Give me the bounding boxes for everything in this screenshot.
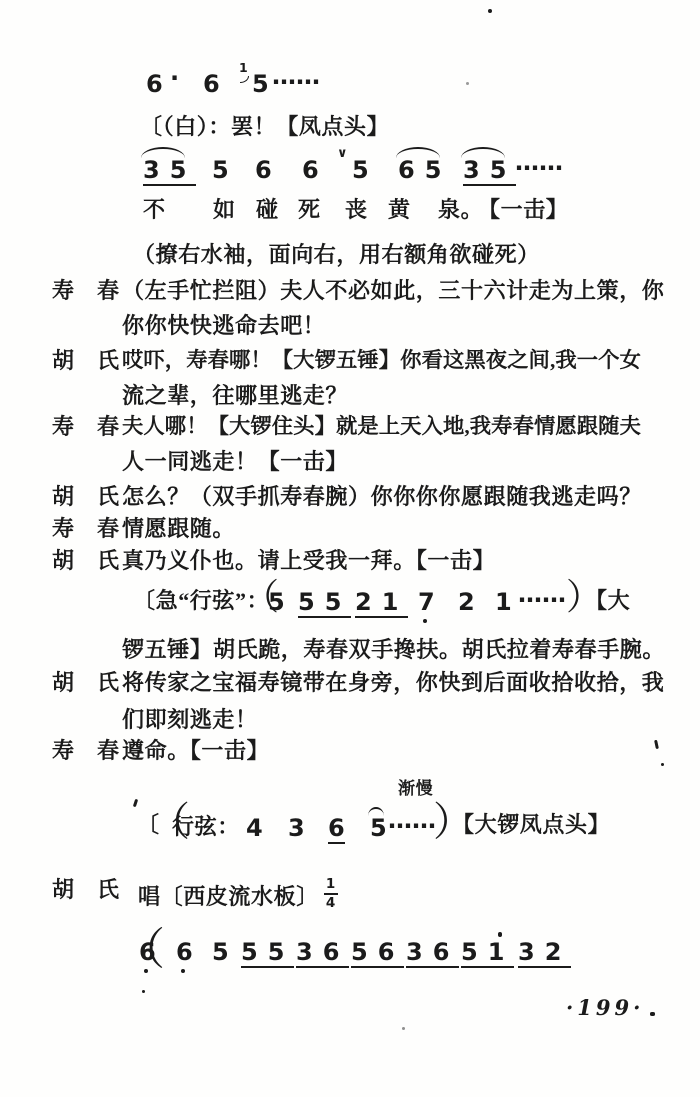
continuation-dots: …… <box>272 64 320 88</box>
jianpu-note: 6 <box>255 158 272 182</box>
tempo-marking: 渐慢 <box>398 779 433 799</box>
jianpu-note: 36 <box>406 940 459 968</box>
jianpu-note: 21 <box>355 590 408 618</box>
jianpu-note: 6 <box>302 158 319 182</box>
percussion-pattern: 【一击】 <box>258 449 348 474</box>
percussion-pattern: 【凤点头】 <box>276 114 389 139</box>
meter-signature: 14 <box>324 877 338 911</box>
jianpu-group: 65 <box>398 158 451 183</box>
percussion-pattern: 【大锣凤点头】 <box>452 812 610 837</box>
continuation-dots: …… <box>518 582 566 606</box>
percussion-pattern: 【大 <box>585 588 630 613</box>
ink-speck <box>133 799 138 808</box>
ink-speck <box>142 990 145 993</box>
jianpu-note: 5 <box>252 72 269 96</box>
percussion-pattern: 【一击】 <box>478 197 568 222</box>
xingxian-label: 行弦： <box>172 814 240 839</box>
dialogue-line: 遵命。【一击】 <box>122 738 269 763</box>
augmentation-dot: · <box>170 66 179 90</box>
jianpu-note: 3 <box>288 816 305 840</box>
dialogue-line: 怎么？（双手抓寿春腕）你你你你愿跟随我逃走吗？ <box>122 484 642 509</box>
jianpu-note-high-octave: 51 <box>461 940 514 968</box>
spoken-bracket: 〔（白）： <box>140 114 231 139</box>
lyric-syllable: 如 <box>213 197 236 222</box>
lyric-syllable: 泉。 <box>438 197 483 222</box>
percussion-pattern: 【大锣五锤】 <box>272 348 400 372</box>
percussion-pattern: 【一击】 <box>416 548 495 573</box>
stage-direction: 胡氏跪，寿春双手搀扶。胡氏拉着寿春手腕。 <box>213 637 665 662</box>
jianpu-note: 5 <box>370 816 387 840</box>
dialogue-line: 人一同逃走！【一击】 <box>122 449 348 474</box>
jianpu-group: 35 <box>143 158 196 186</box>
page-number: ·199· <box>566 995 644 1020</box>
lyric-syllable: 黄 <box>388 197 411 222</box>
jianpu-group: 35 <box>463 158 516 186</box>
opera-score-page: 6 · 6 1 5 …… 〔（白）：罢！【凤点头】 35 5 6 6 ∨ 5 6… <box>0 0 700 1097</box>
jianpu-note-low-octave: 6 <box>139 940 156 964</box>
jianpu-note: 35 <box>143 158 196 186</box>
spoken-word: 罢！ <box>231 114 276 139</box>
jianpu-note: 56 <box>351 940 404 968</box>
spoken-cue: 〔（白）：罢！【凤点头】 <box>140 114 389 139</box>
jianpu-note: 5 <box>352 158 369 182</box>
jianpu-note: 55 <box>298 590 351 618</box>
dialogue-line: 夫人哪！【大锣住头】就是上天入地,我寿春情愿跟随夫 <box>122 414 641 438</box>
lyric-syllable: 丧 <box>345 197 368 222</box>
ink-speck <box>402 1027 405 1030</box>
jianpu-note: 55 <box>241 940 294 968</box>
dialogue-line: 情愿跟随。 <box>122 516 235 541</box>
ink-speck <box>488 9 492 13</box>
dialogue-line: 唱〔西皮流水板〕14 <box>138 877 338 911</box>
jianpu-note: 5 <box>212 940 229 964</box>
percussion-pattern: 【大锣住头】 <box>208 414 336 438</box>
jianpu-note: 35 <box>463 158 516 186</box>
stage-direction: （撩右水袖，面向右，用右额角欲碰死） <box>133 242 540 267</box>
dialogue-line: 们即刻逃走！ <box>122 707 258 732</box>
jianpu-note: 65 <box>398 158 451 182</box>
lyric-syllable: 碰 <box>256 197 279 222</box>
percussion-pattern: 锣五锤】 <box>122 637 212 662</box>
percussion-pattern: 【一击】 <box>190 738 269 763</box>
ink-speck <box>654 740 658 749</box>
continuation-dots: …… <box>388 808 436 832</box>
jianpu-note: 36 <box>296 940 349 968</box>
jianpu-note: 4 <box>246 816 263 840</box>
ink-speck <box>466 82 469 85</box>
dialogue-line: （左手忙拦阻）夫人不必如此，三十六计走为上策，你 <box>122 278 664 303</box>
dialogue-line: 将传家之宝福寿镜带在身旁，你快到后面收拾收拾，我 <box>122 670 664 695</box>
jianpu-line-top: 6 <box>146 72 163 97</box>
lyric-syllable: 不 <box>143 197 166 222</box>
ink-speck <box>650 1012 655 1016</box>
breath-mark: ∨ <box>337 146 348 161</box>
jianpu-note: 6 <box>328 816 345 844</box>
dialogue-line: 真乃义仆也。请上受我一拜。【一击】 <box>122 548 495 573</box>
jianpu-note-low-octave: 7 <box>418 590 435 614</box>
dialogue-line: 你你快快逃命去吧！ <box>122 313 325 338</box>
jianpu-note: 2 <box>458 590 475 614</box>
ink-speck <box>661 763 664 766</box>
speaker-name: 胡氏 <box>52 877 142 902</box>
jianpu-note: 6 <box>203 72 220 96</box>
jianpu-note: 32 <box>518 940 571 968</box>
jianpu-note: 5 <box>212 158 229 182</box>
grace-note: 1 <box>239 62 249 83</box>
lyric-syllable: 死 <box>298 197 321 222</box>
jianpu-note: 5 <box>268 590 285 614</box>
jianpu-note: 1 <box>495 590 512 614</box>
jianpu-note-low-octave: 6 <box>176 940 193 964</box>
dialogue-line: 哎吓，寿春哪！【大锣五锤】你看这黑夜之间,我一个女 <box>122 348 641 372</box>
continuation-dots: …… <box>515 150 563 174</box>
jianpu-group: 5 <box>370 816 387 841</box>
jianpu-note: 6 <box>146 72 163 96</box>
dialogue-line: 流之辈，往哪里逃走？ <box>122 383 348 408</box>
